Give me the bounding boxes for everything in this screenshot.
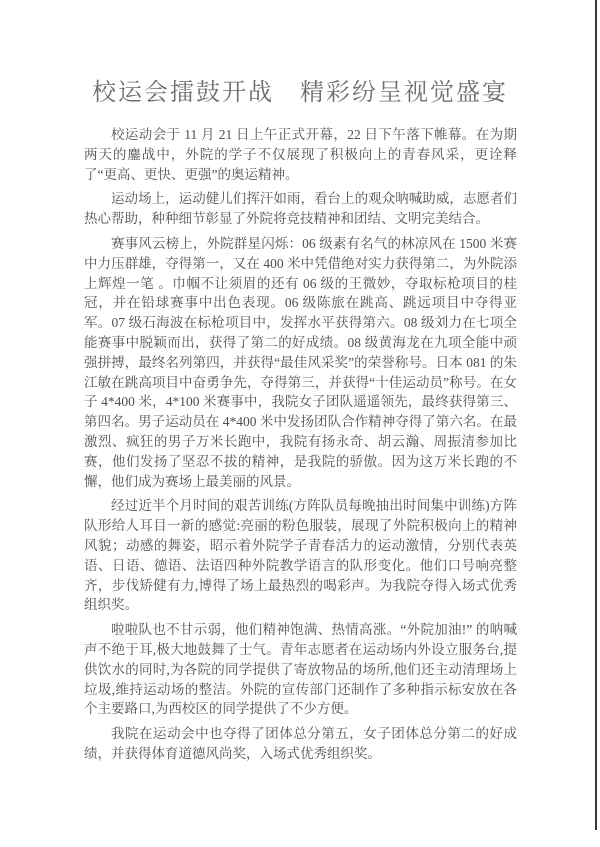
document-title: 校运会擂鼓开战 精彩纷呈视觉盛宴 bbox=[20, 78, 580, 108]
paragraph-results: 赛事风云榜上，外院群星闪烁：06 级素有名气的林凉风在 1500 米赛中力压群雄… bbox=[84, 234, 517, 491]
paragraph-cheerleading-volunteers: 啦啦队也不甘示弱，他们精神饱满、热情高涨。“外院加油!” 的呐喊声不绝于耳,极大… bbox=[84, 620, 517, 719]
paragraph-opening: 校运动会于 11 月 21 日上午正式开幕，22 日下午落下帷幕。在为期两天的鏖… bbox=[84, 125, 517, 184]
window-right-edge-border bbox=[595, 0, 597, 830]
paragraph-formation-training: 经过近半个月时间的艰苦训练(方阵队员每晚抽出时间集中训练)方阵队形给人耳目一新的… bbox=[84, 496, 517, 615]
document-body: 校运动会于 11 月 21 日上午正式开幕，22 日下午落下帷幕。在为期两天的鏖… bbox=[84, 125, 517, 764]
document-page: 校运会擂鼓开战 精彩纷呈视觉盛宴 校运动会于 11 月 21 日上午正式开幕，2… bbox=[0, 0, 600, 847]
paragraph-closing-awards: 我院在运动会中也夺得了团体总分第五，女子团体总分第二的好成绩，并获得体育道德风尚… bbox=[84, 724, 517, 764]
paragraph-atmosphere: 运动场上，运动健儿们挥汗如雨，看台上的观众呐喊助威，志愿者们热心帮助，种种细节彰… bbox=[84, 189, 517, 229]
